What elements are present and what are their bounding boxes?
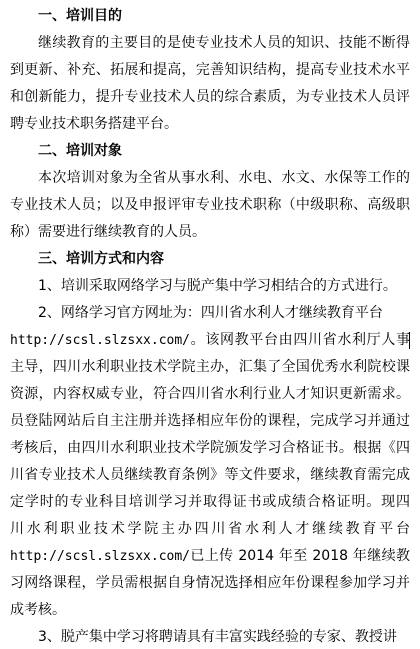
paragraph-line: 习网络课程，学员需根据自身情况选择相应年份课程参加学习并完 <box>10 570 410 597</box>
paragraph-line: 资源，内容权威专业，符合四川省水利行业人才知识更新需求。学 <box>10 381 410 408</box>
url-text: http://scsl.slzsxx.com/ <box>10 549 190 564</box>
paragraph-line: 川水利职业技术学院主办四川省水利人才继续教育平台 <box>10 516 410 543</box>
heading-training-target: 二、培训对象 <box>10 138 410 165</box>
list-item-2: 2、网络学习官方网址为：四川省水利人才继续教育平台 <box>10 300 410 327</box>
heading-training-method: 三、培训方式和内容 <box>10 246 410 273</box>
paragraph-line: 成考核。 <box>10 597 410 624</box>
heading-training-purpose: 一、培训目的 <box>10 3 410 30</box>
paragraph-line: 员登陆网站后自主注册并选择相应年份的课程，完成学习并通过 <box>10 408 410 435</box>
paragraph-line: 本次培训对象为全省从事水利、水电、水文、水保等工作的 <box>10 165 410 192</box>
paragraph-line: 川省专业技术人员继续教育条例》等文件要求，继续教育需完成规 <box>10 462 410 489</box>
paragraph-line: 称）需要进行继续教育的人员。 <box>10 219 410 246</box>
list-item-3: 3、脱产集中学习将聘请具有丰富实践经验的专家、教授讲 <box>10 624 410 649</box>
paragraph-line: 定学时的专业科目培训学习并取得证书或成绩合格证明。现四 <box>10 489 410 516</box>
paragraph-line: 专业技术人员；以及申报评审专业技术职称（中级职称、高级职 <box>10 192 410 219</box>
paragraph-line: 继续教育的主要目的是使专业技术人员的知识、技能不断得 <box>10 30 410 57</box>
paragraph-line: 聘专业技术职务搭建平台。 <box>10 111 410 138</box>
paragraph-line: 考核后，由四川水利职业技术学院颁发学习合格证书。根据《四 <box>10 435 410 462</box>
url-text: http://scsl.slzsxx.com/ <box>10 333 190 348</box>
list-item-1: 1、培训采取网络学习与脱产集中学习相结合的方式进行。 <box>10 273 410 300</box>
paragraph-line-with-url: http://scsl.slzsxx.com/。该网教平台由四川省水利厅人事处 <box>10 327 410 354</box>
text-cursor <box>409 332 410 349</box>
document-page[interactable]: 一、培训目的 继续教育的主要目的是使专业技术人员的知识、技能不断得 到更新、补充… <box>0 0 420 649</box>
paragraph-line-with-url: http://scsl.slzsxx.com/已上传 2014 年至 2018 … <box>10 543 410 570</box>
paragraph-line: 主导，四川水利职业技术学院主办，汇集了全国优秀水利院校课程 <box>10 354 410 381</box>
paragraph-line: 到更新、补充、拓展和提高，完善知识结构，提高专业技术水平 <box>10 57 410 84</box>
paragraph-line: 和创新能力，提升专业技术人员的综合素质，为专业技术人员评 <box>10 84 410 111</box>
